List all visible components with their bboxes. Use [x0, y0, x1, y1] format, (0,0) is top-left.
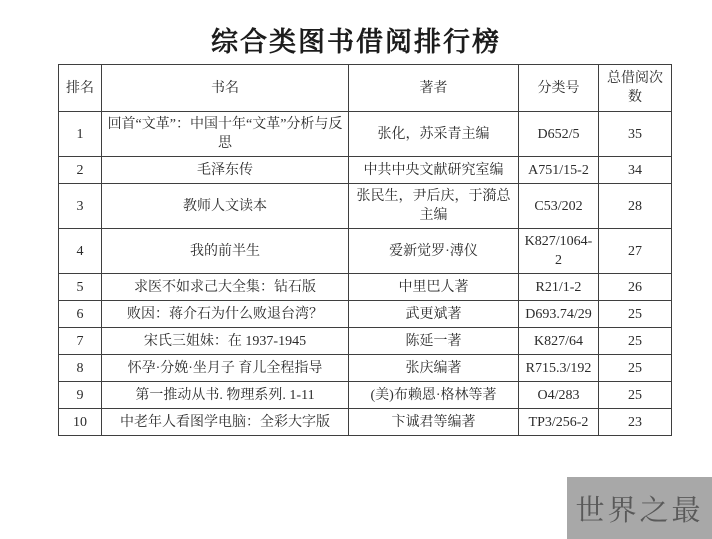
book-title-cell: 我的前半生	[102, 229, 349, 274]
table-row: 3教师人文读本张民生，尹后庆，于漪总主编C53/20228	[59, 184, 672, 229]
rank-cell: 7	[59, 328, 102, 355]
book-title-cell: 败因：蒋介石为什么败退台湾？	[102, 301, 349, 328]
author-cell: 中里巴人著	[349, 274, 519, 301]
class-no-cell: C53/202	[519, 184, 599, 229]
class-no-cell: O4/283	[519, 382, 599, 409]
count-cell: 25	[599, 328, 672, 355]
count-cell: 28	[599, 184, 672, 229]
class-no-cell: D652/5	[519, 112, 599, 157]
class-no-cell: R21/1-2	[519, 274, 599, 301]
rank-cell: 1	[59, 112, 102, 157]
class-no-cell: D693.74/29	[519, 301, 599, 328]
rank-cell: 6	[59, 301, 102, 328]
table-body: 1回首“文革”：中国十年“文革”分析与反思张化，苏采青主编D652/5352毛泽…	[59, 112, 672, 436]
author-cell: 爱新觉罗·溥仪	[349, 229, 519, 274]
book-title-cell: 宋氏三姐妹：在 1937-1945	[102, 328, 349, 355]
count-cell: 25	[599, 301, 672, 328]
count-cell: 26	[599, 274, 672, 301]
header-book-title: 书名	[102, 65, 349, 112]
rank-cell: 9	[59, 382, 102, 409]
author-cell: (美)布赖恩·格林等著	[349, 382, 519, 409]
rank-cell: 8	[59, 355, 102, 382]
rank-cell: 4	[59, 229, 102, 274]
table-row: 7宋氏三姐妹：在 1937-1945陈延一著K827/6425	[59, 328, 672, 355]
class-no-cell: K827/64	[519, 328, 599, 355]
class-no-cell: R715.3/192	[519, 355, 599, 382]
author-cell: 武更斌著	[349, 301, 519, 328]
borrow-ranking-table: 排名 书名 著者 分类号 总借阅次数 1回首“文革”：中国十年“文革”分析与反思…	[58, 64, 672, 436]
book-title-cell: 怀孕·分娩·坐月子 育儿全程指导	[102, 355, 349, 382]
header-borrow-count: 总借阅次数	[599, 65, 672, 112]
author-cell: 张庆编著	[349, 355, 519, 382]
count-cell: 35	[599, 112, 672, 157]
table-row: 2毛泽东传中共中央文献研究室编A751/15-234	[59, 157, 672, 184]
table-row: 4我的前半生爱新觉罗·溥仪K827/1064-227	[59, 229, 672, 274]
author-cell: 陈延一著	[349, 328, 519, 355]
table-row: 6败因：蒋介石为什么败退台湾？武更斌著D693.74/2925	[59, 301, 672, 328]
table-row: 9第一推动从书. 物理系列. 1-11(美)布赖恩·格林等著O4/28325	[59, 382, 672, 409]
rank-cell: 10	[59, 409, 102, 436]
header-class-no: 分类号	[519, 65, 599, 112]
rank-cell: 3	[59, 184, 102, 229]
book-title-cell: 回首“文革”：中国十年“文革”分析与反思	[102, 112, 349, 157]
table-row: 10中老年人看图学电脑：全彩大字版卞诚君等编著TP3/256-223	[59, 409, 672, 436]
count-cell: 25	[599, 355, 672, 382]
table-header-row: 排名 书名 著者 分类号 总借阅次数	[59, 65, 672, 112]
header-rank: 排名	[59, 65, 102, 112]
author-cell: 卞诚君等编著	[349, 409, 519, 436]
book-title-cell: 第一推动从书. 物理系列. 1-11	[102, 382, 349, 409]
page-title: 综合类图书借阅排行榜	[0, 20, 712, 59]
count-cell: 27	[599, 229, 672, 274]
class-no-cell: TP3/256-2	[519, 409, 599, 436]
header-author: 著者	[349, 65, 519, 112]
count-cell: 23	[599, 409, 672, 436]
count-cell: 25	[599, 382, 672, 409]
author-cell: 张民生，尹后庆，于漪总主编	[349, 184, 519, 229]
table-row: 8怀孕·分娩·坐月子 育儿全程指导张庆编著R715.3/19225	[59, 355, 672, 382]
table-row: 1回首“文革”：中国十年“文革”分析与反思张化，苏采青主编D652/535	[59, 112, 672, 157]
class-no-cell: A751/15-2	[519, 157, 599, 184]
table-row: 5求医不如求己大全集：钻石版中里巴人著R21/1-226	[59, 274, 672, 301]
rank-cell: 5	[59, 274, 102, 301]
count-cell: 34	[599, 157, 672, 184]
watermark-text: 世界之最	[575, 488, 703, 529]
class-no-cell: K827/1064-2	[519, 229, 599, 274]
watermark-badge: 世界之最	[567, 477, 712, 539]
author-cell: 中共中央文献研究室编	[349, 157, 519, 184]
book-title-cell: 毛泽东传	[102, 157, 349, 184]
book-title-cell: 中老年人看图学电脑：全彩大字版	[102, 409, 349, 436]
rank-cell: 2	[59, 157, 102, 184]
author-cell: 张化，苏采青主编	[349, 112, 519, 157]
book-title-cell: 求医不如求己大全集：钻石版	[102, 274, 349, 301]
book-title-cell: 教师人文读本	[102, 184, 349, 229]
